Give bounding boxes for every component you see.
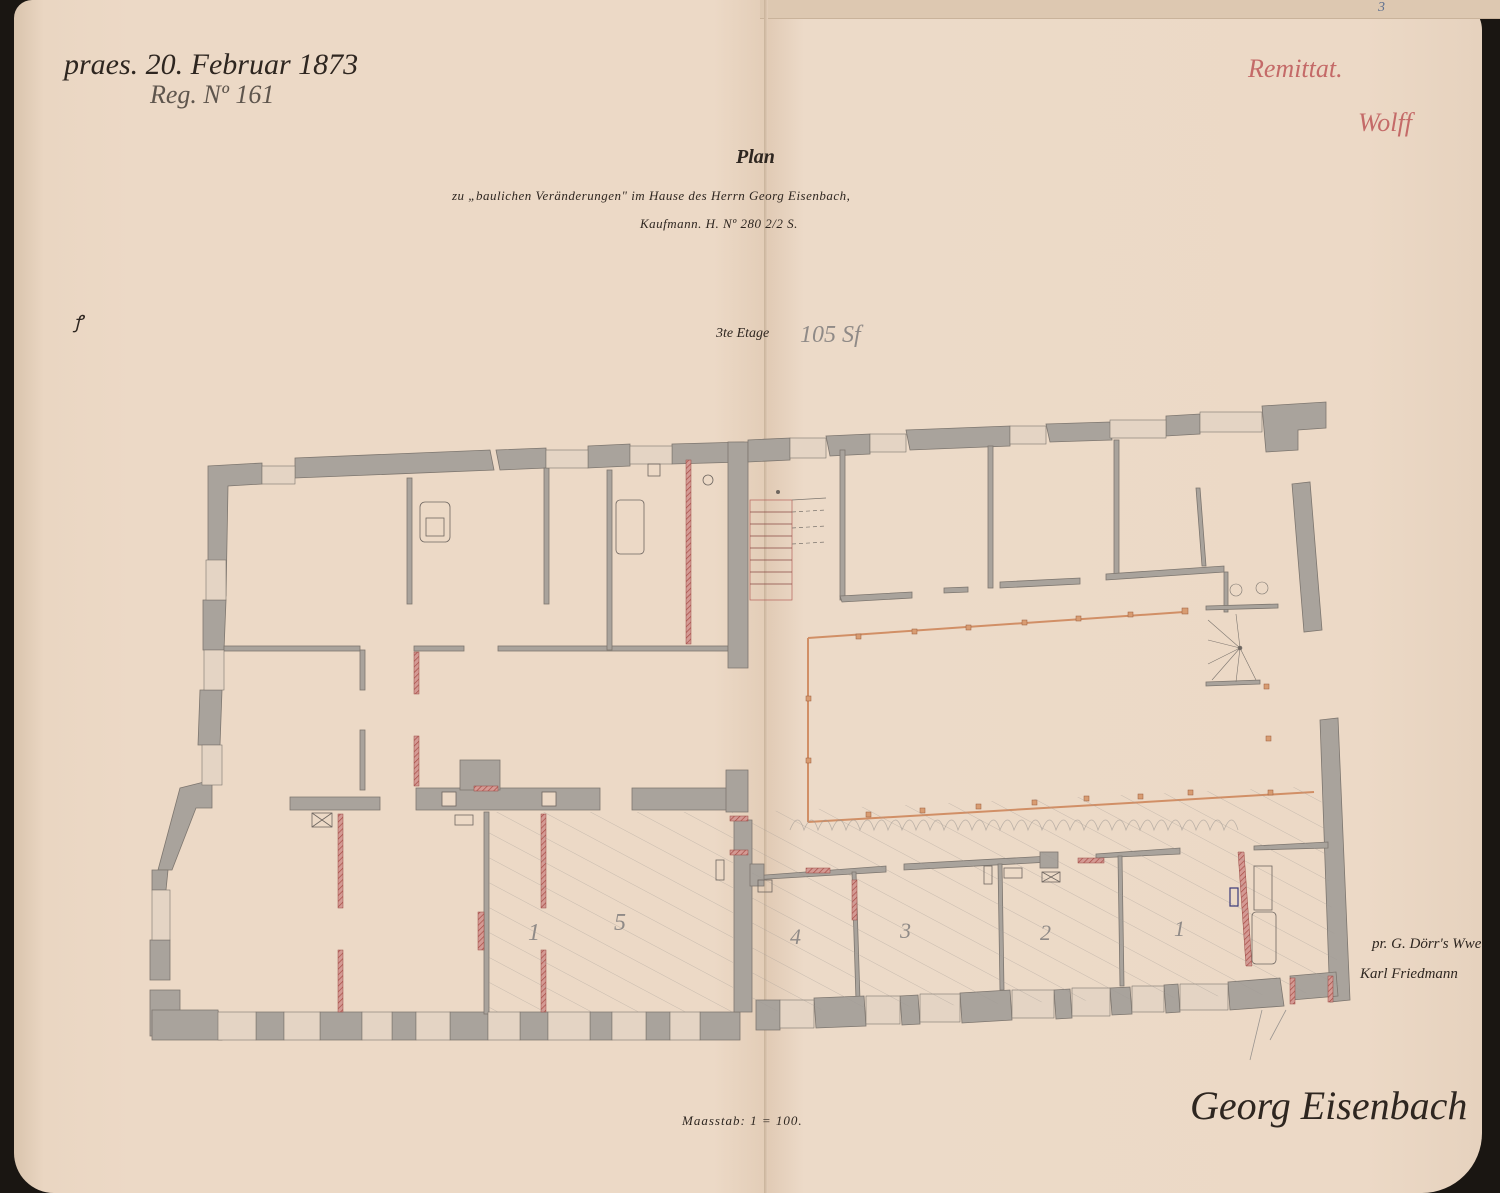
- floor-label: 3te Etage: [716, 326, 769, 342]
- pencil-hatched-rooms-left: [489, 812, 733, 1012]
- room-number-2: 2: [1040, 920, 1051, 946]
- room-number-3: 3: [900, 918, 911, 944]
- plan-title: Plan: [736, 146, 775, 169]
- plan-subtitle: zu „baulichen Veränderungen" im Hause de…: [452, 188, 850, 204]
- wolff-red-signature: Wolff: [1358, 108, 1412, 138]
- georg-eisenbach-signature: Georg Eisenbach: [1190, 1082, 1467, 1129]
- owner-signature-line1: pr. G. Dörr's Wwe: [1372, 936, 1481, 953]
- remittat-red-note: Remittat.: [1248, 54, 1343, 84]
- gallery-posts: [806, 608, 1273, 817]
- pencil-marks: [1250, 1010, 1262, 1060]
- room-number-4: 4: [790, 924, 801, 950]
- owner-signature-line2: Karl Friedmann: [1360, 966, 1458, 983]
- scale-note: Maasstab: 1 = 100.: [682, 1113, 803, 1129]
- margin-ink-mark: ꝭ: [74, 310, 83, 334]
- corner-page-number: 3: [1378, 0, 1385, 16]
- floor-pencil-note: 105 Sf: [800, 322, 861, 349]
- floor-plan-drawing: [0, 0, 1500, 1193]
- register-number-note: Reg. Nº 161: [150, 80, 274, 110]
- plan-subtitle-address: Kaufmann. H. Nº 280 2/2 S.: [640, 216, 798, 232]
- spiral-staircase: [1208, 582, 1268, 682]
- praesentatum-date-note: praes. 20. Februar 1873: [64, 48, 358, 82]
- room-number-1-right: 1: [1174, 916, 1185, 942]
- room-number-1-left: 1: [528, 920, 540, 947]
- room-number-5: 5: [614, 910, 626, 937]
- staircase: [750, 490, 826, 600]
